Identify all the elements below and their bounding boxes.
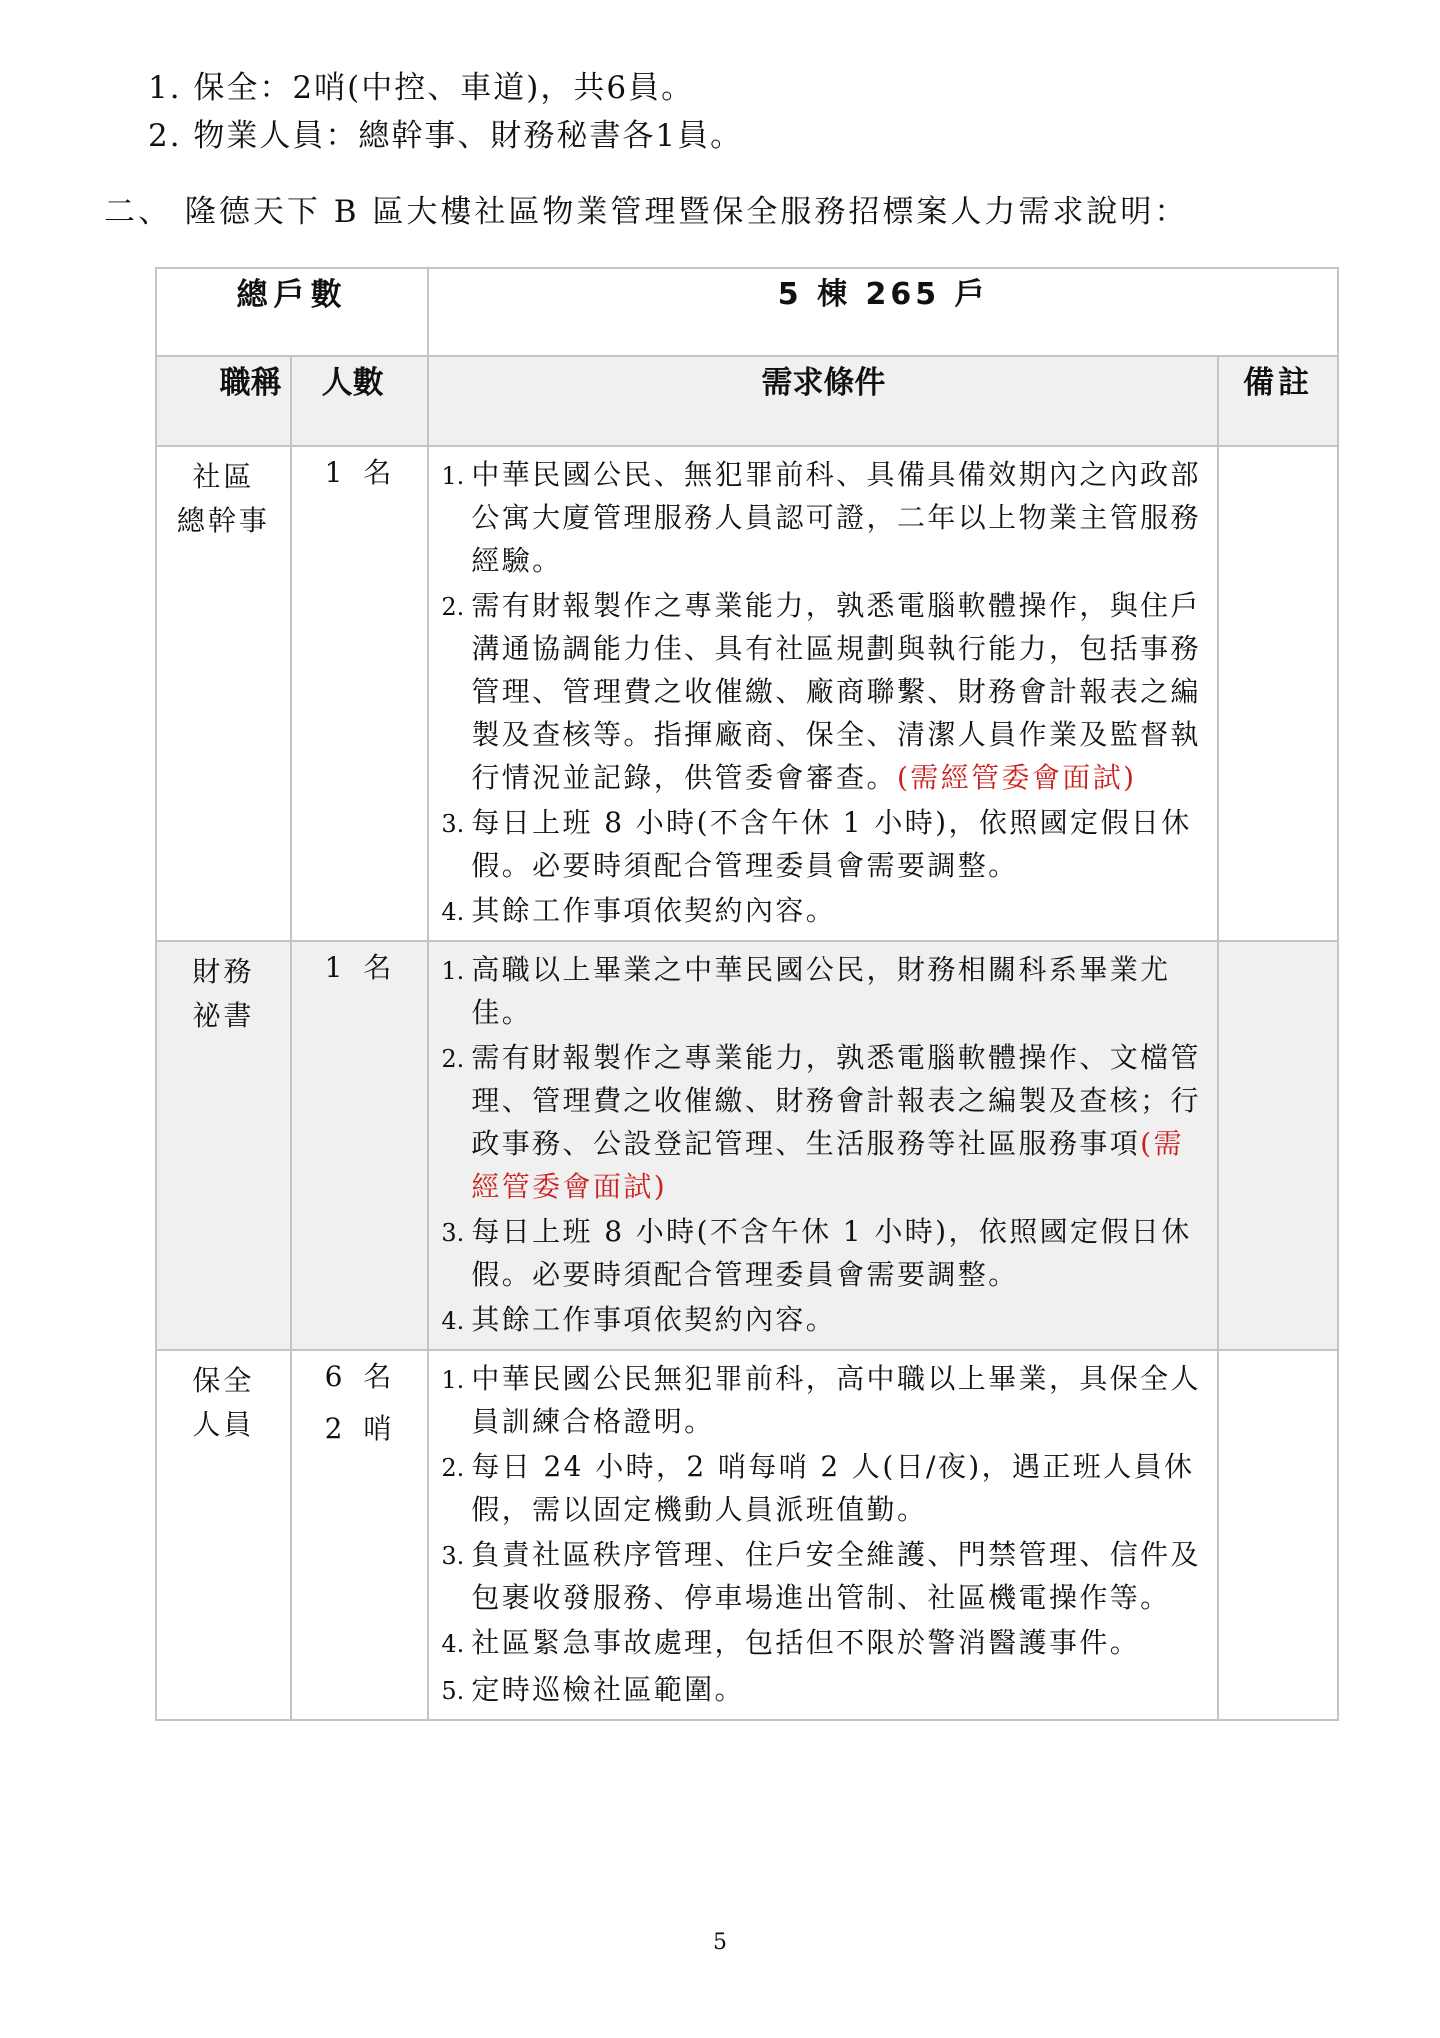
remarks-cell	[1218, 446, 1338, 941]
requirement-item: 3. 負責社區秩序管理、住戶安全維護、門禁管理、信件及包裹收發服務、停車場進出管…	[441, 1533, 1207, 1619]
header-remarks: 備註	[1218, 356, 1338, 446]
section-title: 二、 隆德天下 B 區大樓社區物業管理暨保全服務招標案人力需求說明：	[104, 190, 1188, 234]
intro-line-security: 1. 保全：2哨(中控、車道)，共6員。	[148, 66, 694, 110]
job-title-line: 財務	[157, 950, 290, 994]
header-requirements: 需求條件	[428, 356, 1218, 446]
requirement-item: 4. 其餘工作事項依契約內容。	[441, 889, 1207, 934]
header-title: 職稱	[156, 356, 291, 446]
requirement-item: 3. 每日上班 8 小時(不含午休 1 小時)，依照國定假日休假。必要時須配合管…	[441, 1210, 1207, 1296]
requirement-item: 3. 每日上班 8 小時(不含午休 1 小時)，依照國定假日休假。必要時須配合管…	[441, 801, 1207, 887]
requirement-item: 4. 其餘工作事項依契約內容。	[441, 1298, 1207, 1343]
requirement-item: 2. 每日 24 小時，2 哨每哨 2 人(日/夜)，遇正班人員休假，需以固定機…	[441, 1445, 1207, 1531]
staffing-requirements-table: 總戶數 5 棟 265 戶 職稱 人數 需求條件 備註 社區 總幹事 1 名 1…	[155, 267, 1339, 1721]
job-title-line: 社區	[157, 455, 290, 499]
requirement-item: 2. 需有財報製作之專業能力，孰悉電腦軟體操作、文檔管理、管理費之收催繳、財務會…	[441, 1036, 1207, 1208]
requirements-cell: 1. 中華民國公民、無犯罪前科、具備具備效期內之內政部公寓大廈管理服務人員認可證…	[428, 446, 1218, 941]
post-count: 2 哨	[292, 1403, 398, 1455]
job-title-cell: 保全 人員	[156, 1350, 291, 1720]
headcount: 1 名	[292, 942, 398, 994]
requirements-cell: 1. 中華民國公民無犯罪前科，高中職以上畢業，具保全人員訓練合格證明。 2. 每…	[428, 1350, 1218, 1720]
remarks-cell	[1218, 1350, 1338, 1720]
headcount-cell: 1 名	[291, 941, 429, 1350]
requirement-item: 2. 需有財報製作之專業能力，孰悉電腦軟體操作，與住戶溝通協調能力佳、具有社區規…	[441, 584, 1207, 799]
job-title-line: 人員	[157, 1403, 290, 1447]
requirement-item: 1. 中華民國公民、無犯罪前科、具備具備效期內之內政部公寓大廈管理服務人員認可證…	[441, 453, 1207, 582]
requirement-item: 4. 社區緊急事故處理，包括但不限於警消醫護事件。	[441, 1621, 1207, 1666]
total-households-value: 5 棟 265 戶	[428, 268, 1338, 356]
requirement-item: 1. 高職以上畢業之中華民國公民，財務相關科系畢業尤佳。	[441, 948, 1207, 1034]
summary-row: 總戶數 5 棟 265 戶	[156, 268, 1338, 356]
header-row: 職稱 人數 需求條件 備註	[156, 356, 1338, 446]
intro-line-property-staff: 2. 物業人員：總幹事、財務秘書各1員。	[148, 114, 743, 158]
requirement-item: 1. 中華民國公民無犯罪前科，高中職以上畢業，具保全人員訓練合格證明。	[441, 1357, 1207, 1443]
job-title-line: 保全	[157, 1359, 290, 1403]
table-row: 財務 祕書 1 名 1. 高職以上畢業之中華民國公民，財務相關科系畢業尤佳。 2…	[156, 941, 1338, 1350]
header-count: 人數	[291, 356, 429, 446]
job-title-cell: 財務 祕書	[156, 941, 291, 1350]
remarks-cell	[1218, 941, 1338, 1350]
job-title-line: 祕書	[157, 994, 290, 1038]
headcount: 1 名	[292, 447, 398, 499]
requirement-item: 5. 定時巡檢社區範圍。	[441, 1668, 1207, 1713]
job-title-cell: 社區 總幹事	[156, 446, 291, 941]
table-row: 社區 總幹事 1 名 1. 中華民國公民、無犯罪前科、具備具備效期內之內政部公寓…	[156, 446, 1338, 941]
table-row: 保全 人員 6 名 2 哨 1. 中華民國公民無犯罪前科，高中職以上畢業，具保全…	[156, 1350, 1338, 1720]
headcount: 6 名	[292, 1351, 398, 1403]
requirements-cell: 1. 高職以上畢業之中華民國公民，財務相關科系畢業尤佳。 2. 需有財報製作之專…	[428, 941, 1218, 1350]
total-households-label: 總戶數	[156, 268, 428, 356]
headcount-cell: 1 名	[291, 446, 429, 941]
job-title-line: 總幹事	[157, 499, 290, 543]
interview-note: (需經管委會面試)	[897, 761, 1136, 794]
headcount-cell: 6 名 2 哨	[291, 1350, 429, 1720]
page-number: 5	[0, 1930, 1440, 1955]
